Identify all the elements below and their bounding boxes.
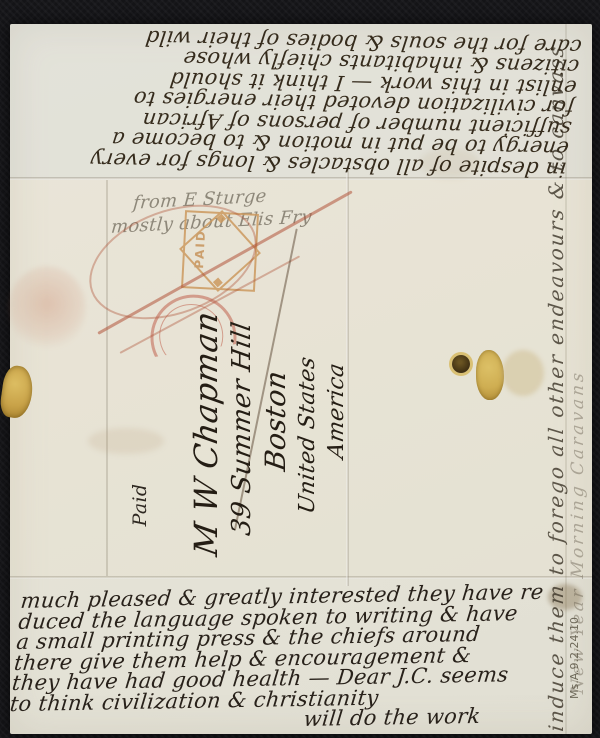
address-country: United States xyxy=(293,229,323,516)
address-block: M W Chapman 39 Summer Hill Boston United… xyxy=(187,213,357,580)
wax-seal-yellow xyxy=(476,350,504,400)
address-continent: America xyxy=(323,234,351,460)
address-recipient: M W Chapman xyxy=(187,213,225,559)
wax-seal-dark xyxy=(452,355,470,373)
paid-inscription: Paid xyxy=(129,460,153,550)
catalog-number: Ms.A.9.2.24.10 xyxy=(568,583,584,733)
top-text-block-upside-down: in despite of all obstacles & longs for … xyxy=(9,22,583,179)
margin-line: induce them to forego all other endeavou… xyxy=(544,0,568,733)
address-city: Boston xyxy=(259,224,293,473)
wax-seal-ghost xyxy=(502,350,544,396)
address-street: 39 Summer Hill xyxy=(225,219,259,538)
bottom-text-block: much pleased & greatly interested they h… xyxy=(6,581,593,738)
manuscript-line: will do the work xyxy=(303,704,581,729)
scanned-letter-background: in despite of all obstacles & longs for … xyxy=(0,0,600,738)
